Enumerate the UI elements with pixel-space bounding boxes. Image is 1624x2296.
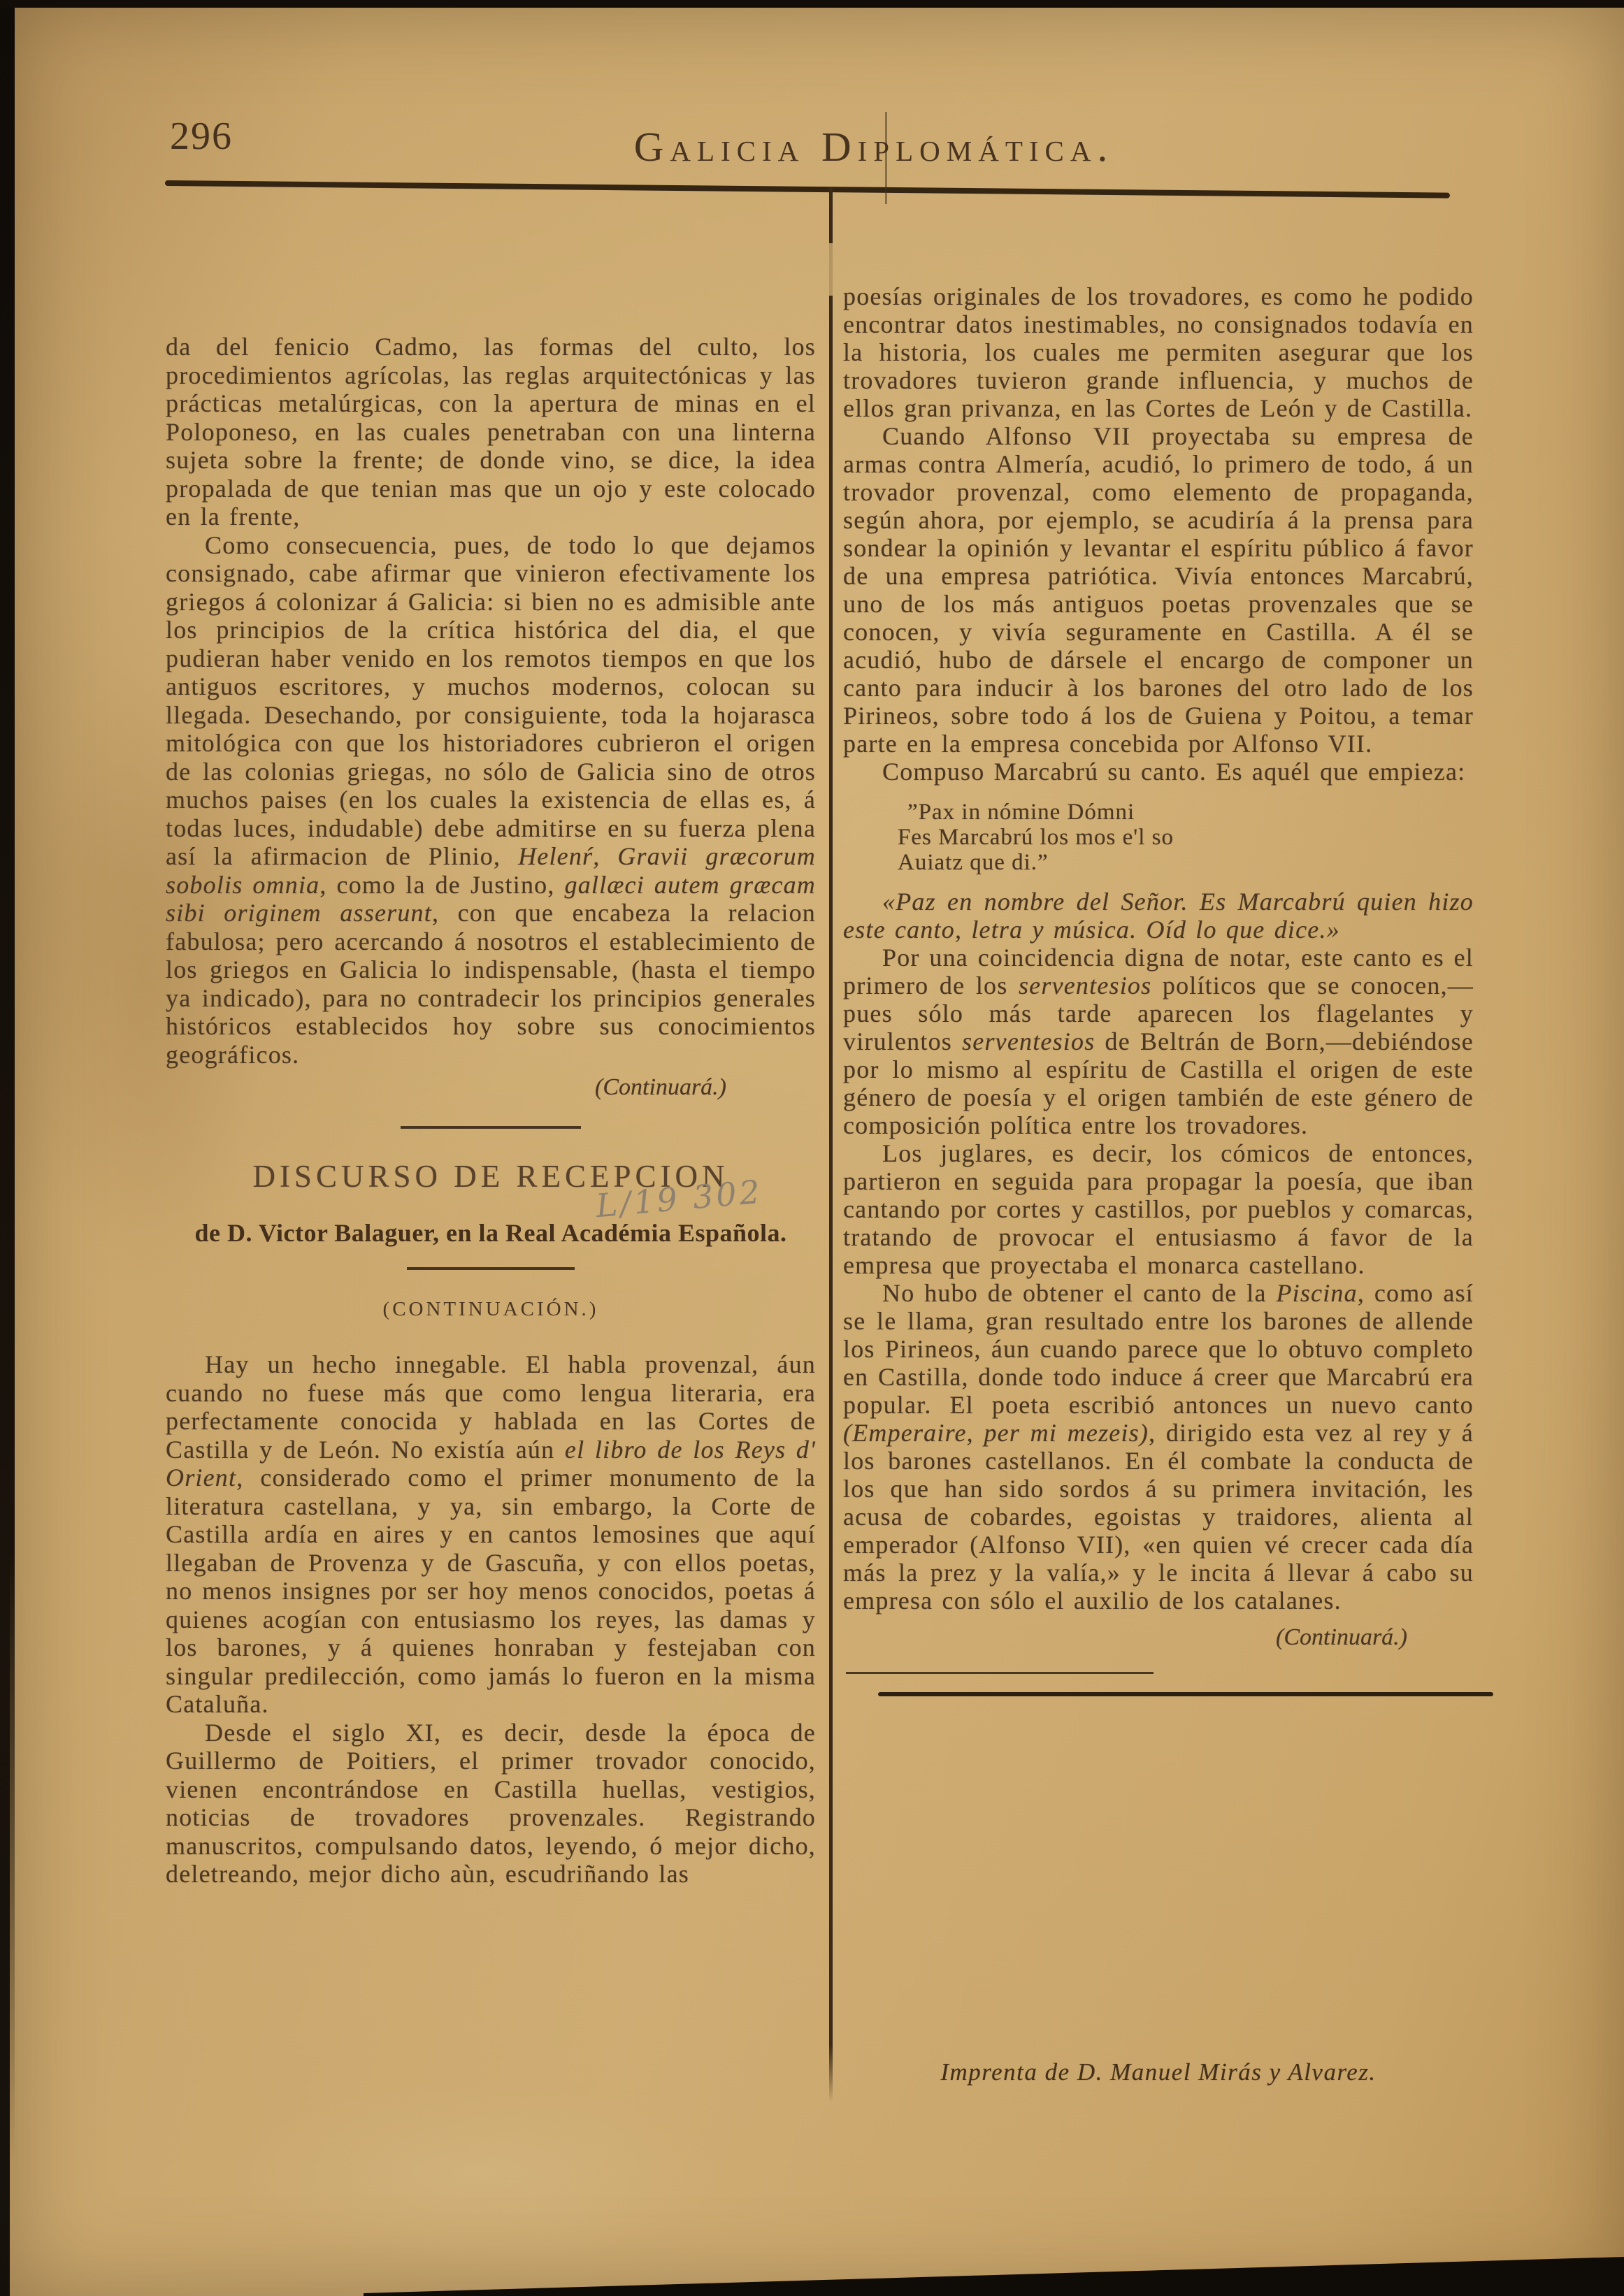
column-divider-rule [829,187,833,2102]
verse-block: ”Pax in nómine DómniFes Marcabrú los mos… [907,800,1474,875]
paragraph: Hay un hecho innegable. El habla provenz… [166,1350,816,1719]
right-column-paragraphs-before-verse: poesías originales de los trovadores, es… [843,282,1474,786]
continuation-label: (CONTINUACIÓN.) [166,1298,816,1321]
scan-edge-top [0,0,1624,8]
section-separator-rule [401,1126,581,1129]
continuara-note: (Continuará.) [166,1074,816,1101]
paragraph: Cuando Alfonso VII proyectaba su empresa… [843,422,1474,758]
left-column-paragraphs: da del fenicio Cadmo, las formas del cul… [166,333,816,1069]
page-number: 296 [170,114,233,159]
paragraph: Como consecuencia, pues, de todo lo que … [166,531,816,1069]
left-column-paragraphs-after-heading: Hay un hecho innegable. El habla provenz… [166,1350,816,1889]
continuara-note: (Continuará.) [843,1624,1474,1651]
scan-edge-left-bottom [0,2177,8,2296]
verse-line: ”Pax in nómine Dómni [907,800,1474,825]
masthead-title: Galicia Diplomática. [580,123,1167,171]
subheading-rule [407,1267,575,1270]
left-column: da del fenicio Cadmo, las formas del cul… [166,333,816,1889]
paragraph: Compuso Marcabrú su canto. Es aquél que … [843,758,1474,786]
paragraph: «Paz en nombre del Señor. Es Marcabrú qu… [843,888,1474,944]
crease-mark [885,112,887,204]
paragraph: poesías originales de los trovadores, es… [843,282,1474,422]
end-rule-thin [846,1672,1154,1674]
right-column: poesías originales de los trovadores, es… [843,282,1474,1696]
imprint-line: Imprenta de D. Manuel Mirás y Alvarez. [843,2058,1474,2086]
paragraph: da del fenicio Cadmo, las formas del cul… [166,333,816,531]
paragraph: No hubo de obtener el canto de la Piscin… [843,1279,1474,1615]
right-column-paragraphs-after-verse: «Paz en nombre del Señor. Es Marcabrú qu… [843,888,1474,1615]
paragraph: Los juglares, es decir, los cómicos de e… [843,1139,1474,1279]
verse-line: Auiatz que di.” [898,850,1474,875]
article-subheading: de D. Victor Balaguer, en la Real Académ… [166,1218,816,1248]
verse-line: Fes Marcabrú los mos e'l so [898,825,1474,850]
paragraph: Desde el siglo XI, es decir, desde la ép… [166,1719,816,1889]
newspaper-page-scan: 296 Galicia Diplomática. da del fenicio … [0,0,1624,2296]
end-of-article-rules [843,1672,1474,1696]
scan-edge-left [0,0,15,2160]
end-rule-thick [878,1692,1493,1696]
paragraph: Por una coincidencia digna de notar, est… [843,944,1474,1139]
